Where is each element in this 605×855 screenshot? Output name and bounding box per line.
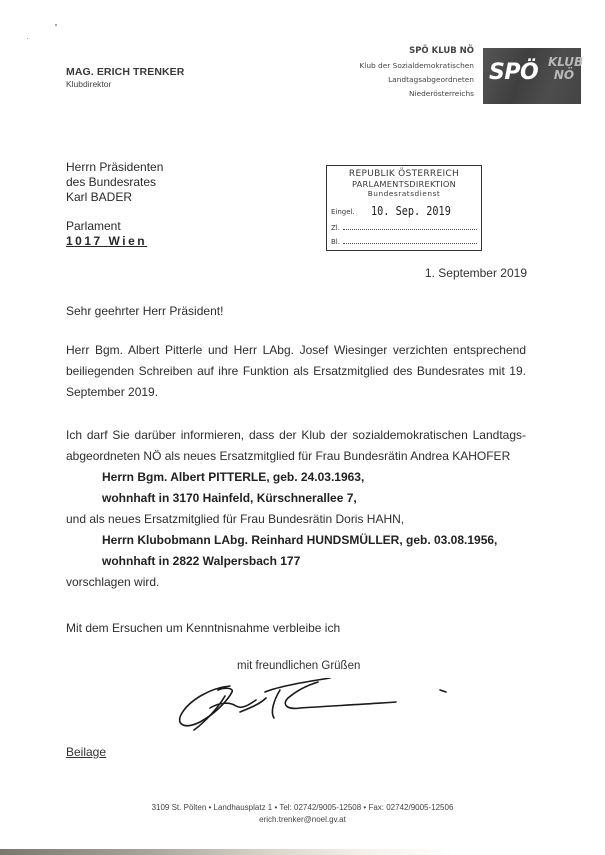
- nominee-1-name: Herrn Bgm. Albert PITTERLE, geb. 24.03.1…: [66, 467, 526, 488]
- paragraph-nomination: Ich darf Sie darüber informieren, dass d…: [66, 425, 526, 593]
- handwritten-signature: [170, 678, 460, 738]
- stamp-bl-line: [343, 243, 477, 244]
- spo-klub-logo: SPÖ KLUB NÖ: [483, 48, 581, 104]
- nominee-2-name: Herrn Klubobmann LAbg. Reinhard HUNDSMÜL…: [66, 530, 526, 551]
- stamp-bl-label: Bl.: [331, 238, 340, 246]
- recipient-line: Karl BADER: [66, 190, 163, 205]
- stamp-zl-label: Zl.: [331, 224, 340, 232]
- nominee-1-address: wohnhaft in 3170 Hainfeld, Kürschneralle…: [66, 488, 526, 509]
- footer-email: erich.trenker@noel.gv.at: [0, 814, 605, 826]
- nomination-outro: vorschlagen wird.: [66, 572, 526, 593]
- letter-date: 1. September 2019: [425, 266, 527, 280]
- closing-line: Mit dem Ersuchen um Kenntnisnahme verble…: [66, 618, 526, 639]
- stamp-subtitle: PARLAMENTSDIREKTION: [327, 179, 481, 189]
- nomination-intro: Ich darf Sie darüber informieren, dass d…: [66, 425, 526, 467]
- club-letterhead: SPÖ KLUB NÖ Klub der Sozialdemokratische…: [359, 46, 474, 101]
- stamp-received-label: Eingel.: [331, 208, 355, 216]
- club-line: Niederösterreichs: [359, 87, 474, 101]
- scan-speck: [27, 38, 28, 39]
- paragraph-resignation: Herr Bgm. Albert Pitterle und Herr LAbg.…: [66, 340, 526, 403]
- recipient-line: Herrn Präsidenten: [66, 160, 163, 175]
- logo-sub-line: NÖ: [548, 69, 580, 82]
- stamp-received-date: 10. Sep. 2019: [371, 204, 451, 218]
- club-title: SPÖ KLUB NÖ: [359, 46, 474, 56]
- stamp-title: REPUBLIK ÖSTERREICH: [327, 169, 481, 179]
- attachment-note: Beilage: [66, 745, 106, 759]
- sender-role: Klubdirektor: [66, 79, 111, 89]
- letter-footer: 3109 St. Pölten • Landhausplatz 1 • Tel:…: [0, 802, 605, 826]
- salutation: Sehr geehrter Herr Präsident!: [66, 301, 526, 322]
- logo-sub-text: KLUB NÖ: [548, 56, 580, 82]
- footer-address: 3109 St. Pölten • Landhausplatz 1 • Tel:…: [0, 802, 605, 814]
- stamp-zl-line: [343, 229, 477, 230]
- recipient-address: Herrn Präsidenten des Bundesrates Karl B…: [66, 160, 163, 249]
- nomination-middle: und als neues Ersatzmitglied für Frau Bu…: [66, 509, 526, 530]
- recipient-line: des Bundesrates: [66, 175, 163, 190]
- recipient-place: Parlament: [66, 219, 163, 234]
- recipient-city: 1017 Wien: [66, 234, 163, 249]
- nominee-2-address: wohnhaft in 2822 Walpersbach 177: [66, 551, 526, 572]
- greeting: mit freundlichen Grüßen: [237, 660, 360, 672]
- sender-name: MAG. ERICH TRENKER: [66, 66, 184, 78]
- stamp-department: Bundesratsdienst: [327, 189, 481, 198]
- scan-edge-shadow: [0, 849, 605, 855]
- logo-main-text: SPÖ: [489, 60, 538, 85]
- received-stamp: REPUBLIK ÖSTERREICH PARLAMENTSDIREKTION …: [326, 165, 482, 251]
- scan-speck: [55, 24, 57, 26]
- club-line: Klub der Sozialdemokratischen: [359, 59, 474, 73]
- club-line: Landtagsabgeordneten: [359, 73, 474, 87]
